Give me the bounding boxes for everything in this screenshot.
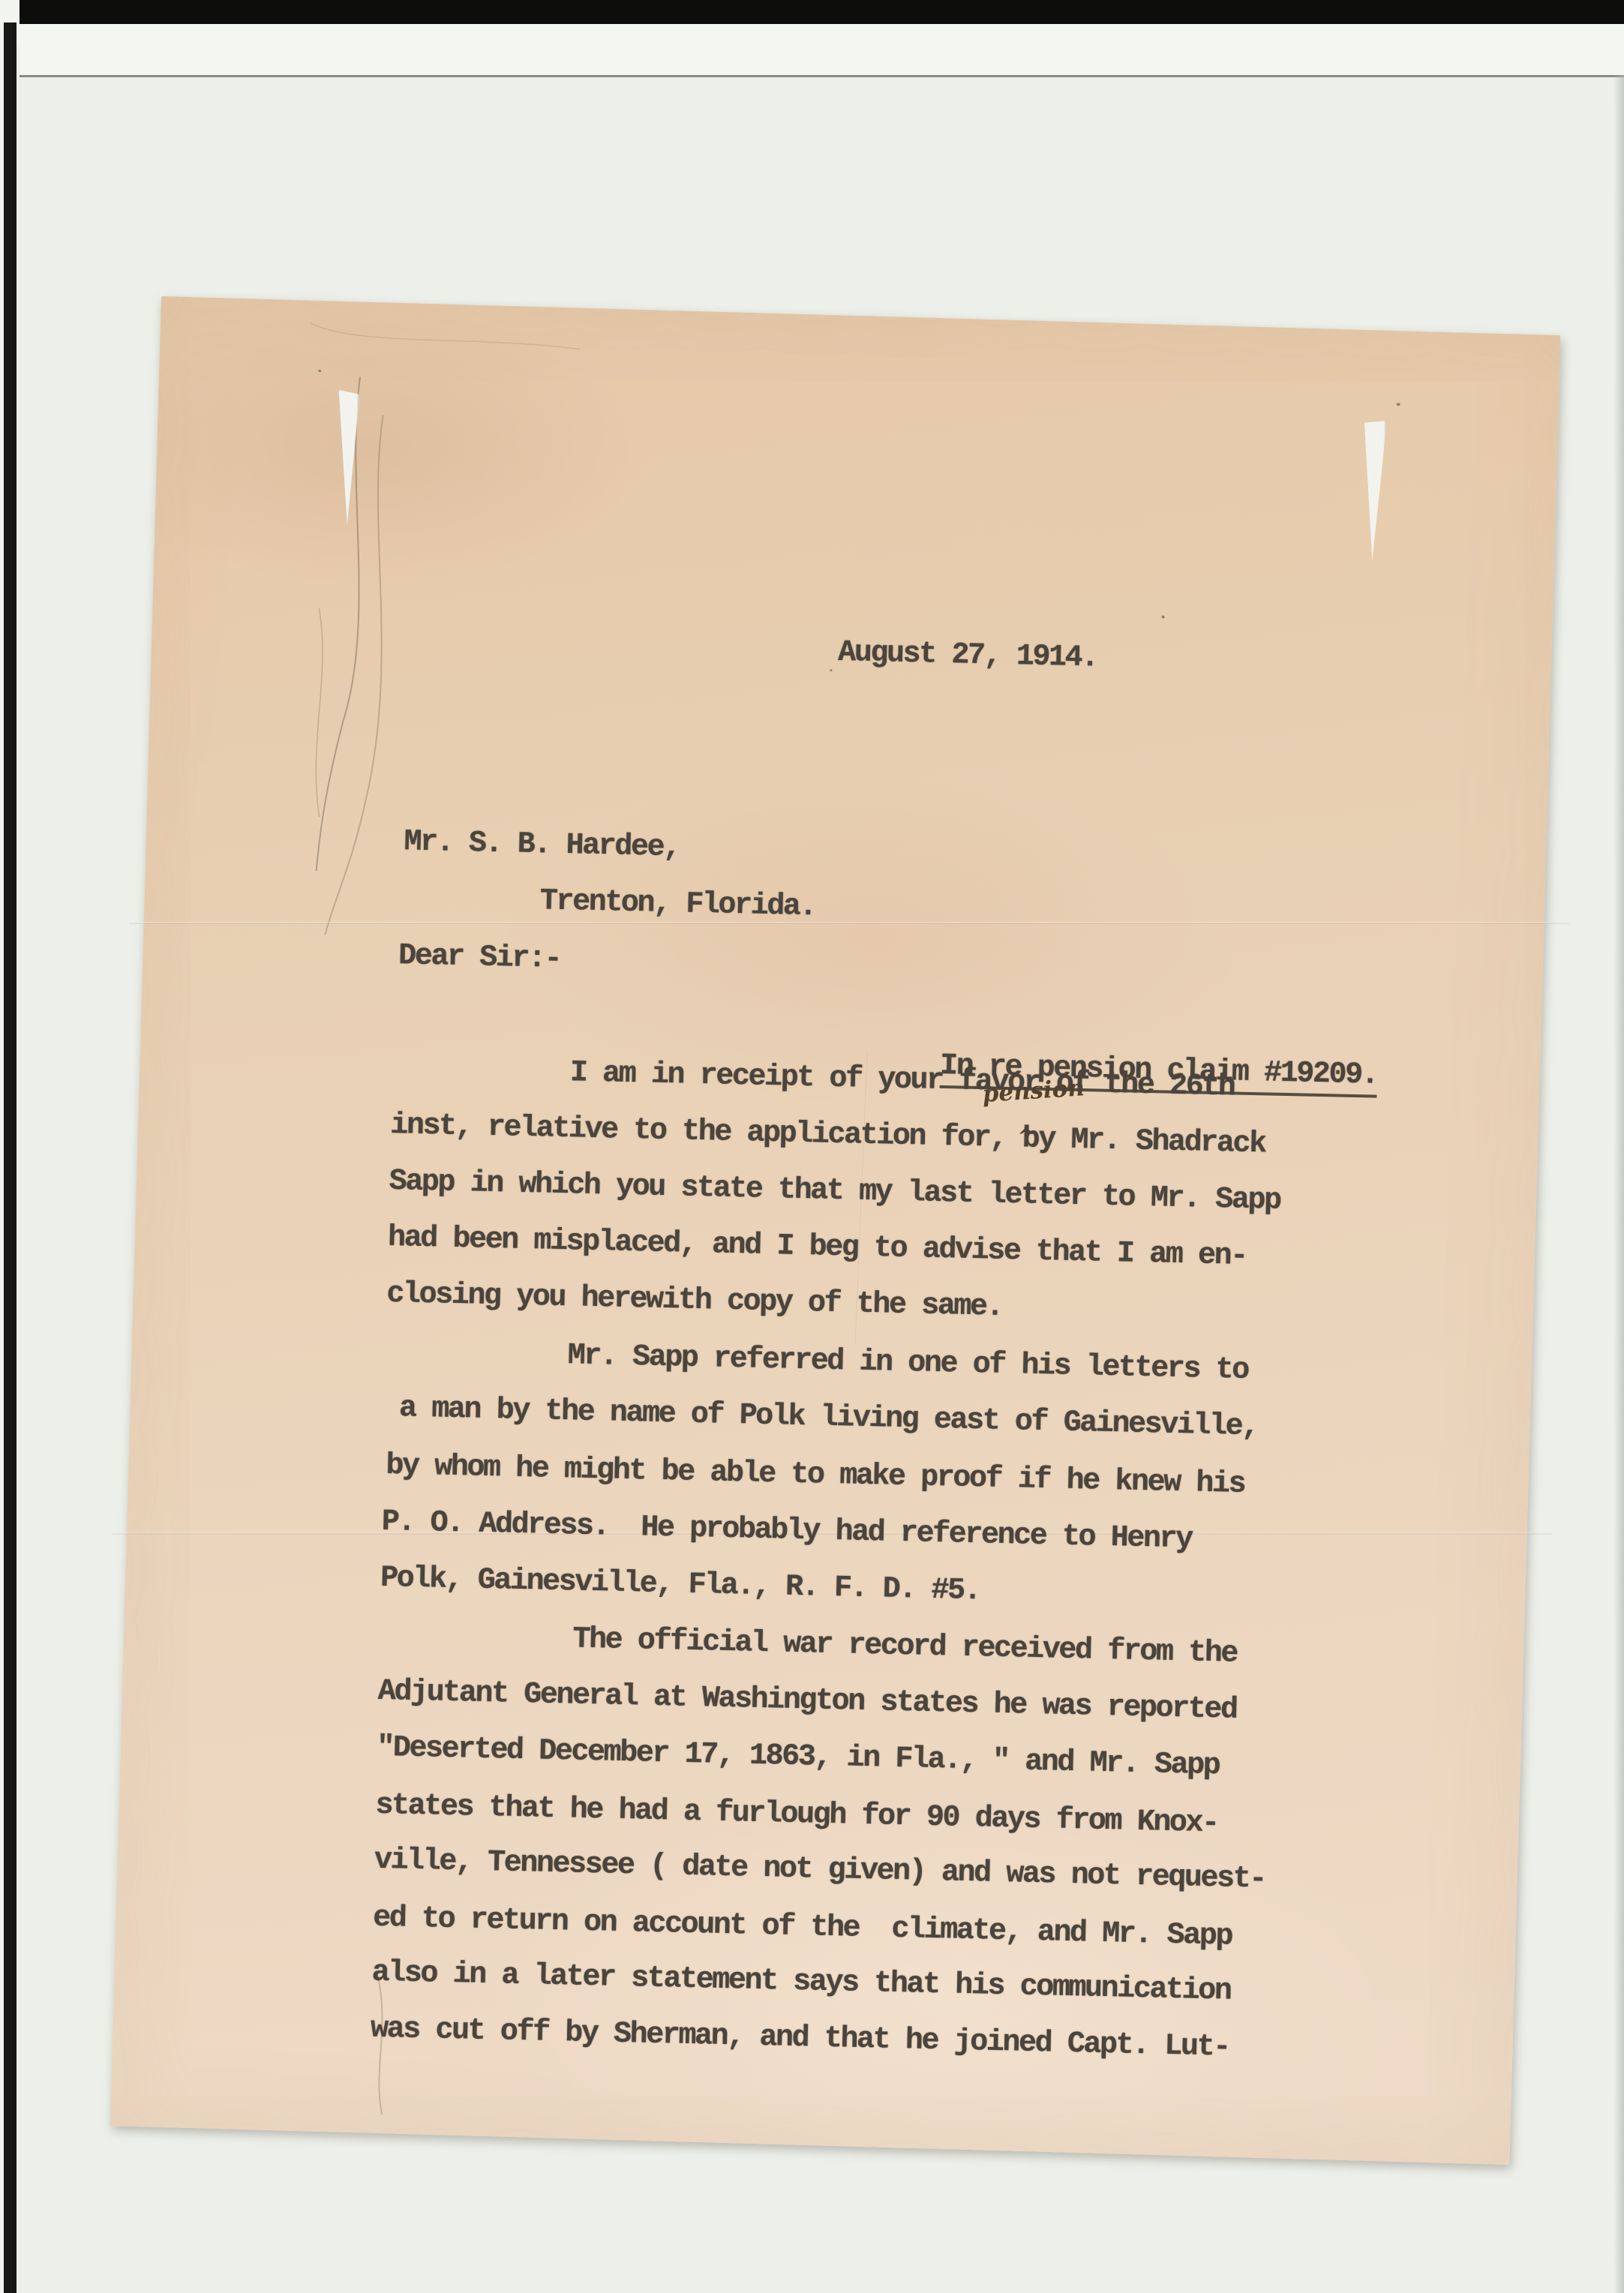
body-line: was cut off by Sherman, and that he join… (371, 2012, 1230, 2066)
scanner-top-bar (20, 0, 1624, 24)
punch-hole-left (335, 390, 360, 526)
scanner-top-band (20, 24, 1624, 75)
scanner-right-shade (1613, 75, 1624, 2293)
scanned-letter-page: August 27, 1914. Mr. S. B. Hardee, Trent… (0, 0, 1624, 2293)
typed-text-block: August 27, 1914. Mr. S. B. Hardee, Trent… (369, 626, 1466, 2119)
body-line: also in a later statement says that his … (371, 1955, 1231, 2010)
body-line: closing you herewith copy of the same. (386, 1277, 1003, 1326)
body-line: had been misplaced, and I beg to advise … (388, 1220, 1247, 1275)
body-line: ed to return on account of the climate, … (373, 1901, 1232, 1955)
paper-speck (318, 370, 321, 372)
letter-paper: August 27, 1914. Mr. S. B. Hardee, Trent… (110, 296, 1560, 2165)
body-line: P. O. Address. He probably had reference… (381, 1505, 1192, 1559)
recipient-city: Trenton, Florida. (539, 884, 815, 926)
body-line: "Deserted December 17, 1863, in Fla., " … (377, 1730, 1220, 1784)
body-line: The official war record received from th… (572, 1622, 1238, 1672)
scanner-left-strip (4, 23, 17, 2293)
letter-date: August 27, 1914. (838, 635, 1098, 677)
punch-hole-right (1361, 420, 1387, 562)
recipient-name: Mr. S. B. Hardee, (404, 824, 680, 866)
body-line: Sapp in which you state that my last let… (389, 1164, 1280, 1220)
body-line: Mr. Sapp referred in one of his letters … (567, 1338, 1248, 1389)
scanner-edge-line (20, 75, 1624, 77)
salutation: Dear Sir:- (398, 938, 561, 978)
body-line: a man by the name of Polk living east of… (399, 1391, 1259, 1445)
body-line: ville, Tennessee ( date not given) and w… (374, 1843, 1265, 1898)
paper-speck (1397, 403, 1400, 406)
paper-speck (1162, 615, 1165, 618)
body-line: Adjutant General at Washington states he… (377, 1674, 1237, 1729)
body-line: Polk, Gainesville, Fla., R. F. D. #5. (380, 1561, 980, 1610)
body-line: by whom he might be able to make proof i… (386, 1448, 1245, 1503)
body-line: states that he had a furlough for 90 day… (375, 1788, 1218, 1842)
